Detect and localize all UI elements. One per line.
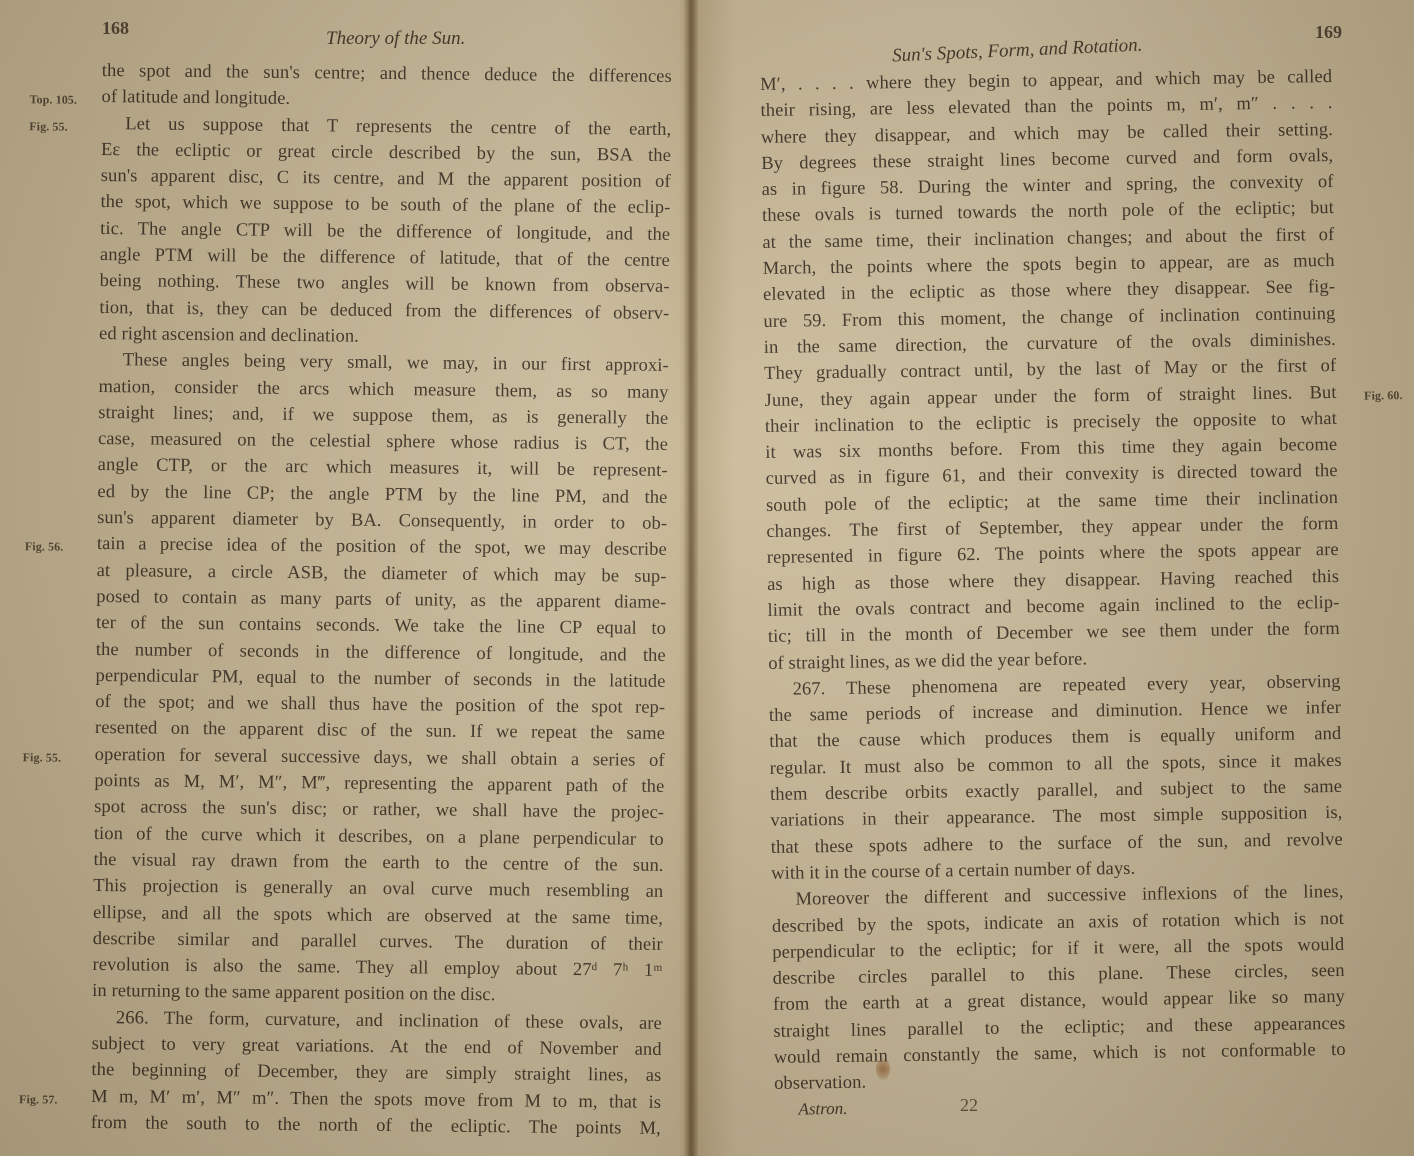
text-line-content: These angles being very small, we may, i… (123, 351, 669, 377)
right-running-title: Sun's Spots, Form, and Rotation. (892, 35, 1143, 68)
text-line-content: observation. (774, 1073, 866, 1094)
text-line-content: from the south to the north of the eclip… (91, 1113, 661, 1139)
text-line-content: ter of the sun contains seconds. We take… (96, 613, 666, 639)
margin-note: Fig. 57. (19, 1086, 58, 1113)
right-running-head: Sun's Spots, Form, and Rotation. 169 (748, 18, 1414, 62)
text-line-content: revolution is also the same. They all em… (92, 955, 662, 981)
text-line-content: case, measured on the celestial sphere w… (98, 429, 668, 455)
right-page-number: 169 (1315, 22, 1342, 43)
left-page: 168 Theory of the Sun. the spot and the … (0, 0, 688, 1156)
text-line-content: posed to contain as many parts of unity,… (96, 587, 666, 613)
left-running-head: 168 Theory of the Sun. (0, 14, 670, 58)
text-line-content: describe similar and parallel curves. Th… (93, 929, 663, 955)
text-line-content: of straight lines, as we did the year be… (768, 649, 1087, 673)
text-line-content: of the spot; and we shall thus have the … (95, 692, 665, 718)
text-line-content: straight lines; and, if we suppose them,… (98, 403, 668, 429)
text-line-content: resented on the apparent disc of the sun… (95, 718, 665, 744)
margin-note: Top. 105. (29, 87, 77, 114)
text-line-content: Eε the ecliptic or great circle describe… (101, 140, 671, 166)
text-line-content: sun's apparent disc, C its centre, and M… (101, 166, 671, 192)
open-book-spread: 168 Theory of the Sun. the spot and the … (0, 0, 1414, 1156)
text-line-content: the beginning of December, they are simp… (91, 1060, 661, 1086)
text-line-content: ed by the line CP; the angle PTM by the … (97, 482, 667, 508)
text-line-content: 266. The form, curvature, and inclinatio… (116, 1008, 662, 1034)
text-line-content: the spot and the sun's centre; and thenc… (102, 61, 672, 87)
text-line: from the south to the north of the eclip… (91, 1110, 661, 1142)
text-line-content: being nothing. These two angles will be … (100, 271, 670, 297)
left-page-number: 168 (102, 18, 129, 39)
margin-note: Fig. 60. (1364, 382, 1403, 409)
text-line-content: the number of seconds in the difference … (96, 639, 666, 665)
text-line-content: This projection is generally an oval cur… (93, 876, 663, 902)
text-line-content: with it in the course of a certain numbe… (771, 859, 1135, 884)
text-line-content: in returning to the same apparent positi… (92, 981, 495, 1005)
text-line-content: the visual ray drawn from the earth to t… (93, 850, 663, 876)
text-line-content: M m, M′ m′, M″ m″. Then the spots move f… (91, 1087, 661, 1113)
right-page: Sun's Spots, Form, and Rotation. 169 M′,… (688, 0, 1414, 1156)
text-line-content: at pleasure, a circle ASB, the diameter … (97, 561, 667, 587)
text-line-content: mation, consider the arcs which measure … (98, 377, 668, 403)
text-line-content: the spot, which we suppose to be south o… (100, 192, 670, 218)
text-line-content: ed right ascension and declination. (99, 324, 359, 347)
text-line-content: operation for several successive days, w… (95, 745, 665, 771)
text-line-content: sun's apparent diameter by BA. Consequen… (97, 508, 667, 534)
text-line-content: tion, that is, they can be deduced from … (99, 298, 669, 324)
text-line-content: tic. The angle CTP will be the differenc… (100, 219, 670, 245)
text-line-content: tion of the curve which it describes, on… (94, 824, 664, 850)
text-line-content: perpendicular PM, equal to the number of… (95, 666, 665, 692)
text-line-content: subject to very great variations. At the… (92, 1034, 662, 1060)
foxing-stain (876, 1058, 890, 1080)
left-running-title: Theory of the Sun. (326, 28, 465, 50)
text-line-content: of latitude and longitude. (101, 87, 290, 109)
left-body-text: the spot and the sun's centre; and thenc… (91, 58, 672, 1142)
text-line-content: angle CTP, or the arc which measures it,… (98, 455, 668, 481)
margin-note: Fig. 56. (25, 534, 64, 561)
signature-mark-number: 22 (960, 1095, 978, 1116)
right-body-text: M′, . . . . where they begin to appear, … (760, 64, 1347, 1119)
text-line-content: angle PTM will be the difference of lati… (100, 245, 670, 271)
text-line-content: tain a precise idea of the position of t… (97, 534, 667, 560)
text-line-content: spot across the sun's disc; or rather, w… (94, 797, 664, 823)
text-line-content: ellipse, and all the spots which are obs… (93, 902, 663, 928)
margin-note: Fig. 55. (23, 744, 62, 771)
text-line-content: Let us suppose that T represents the cen… (125, 114, 671, 140)
text-line-content: points as M, M′, M″, M‴, representing th… (94, 771, 664, 797)
margin-note: Fig. 55. (29, 113, 68, 140)
